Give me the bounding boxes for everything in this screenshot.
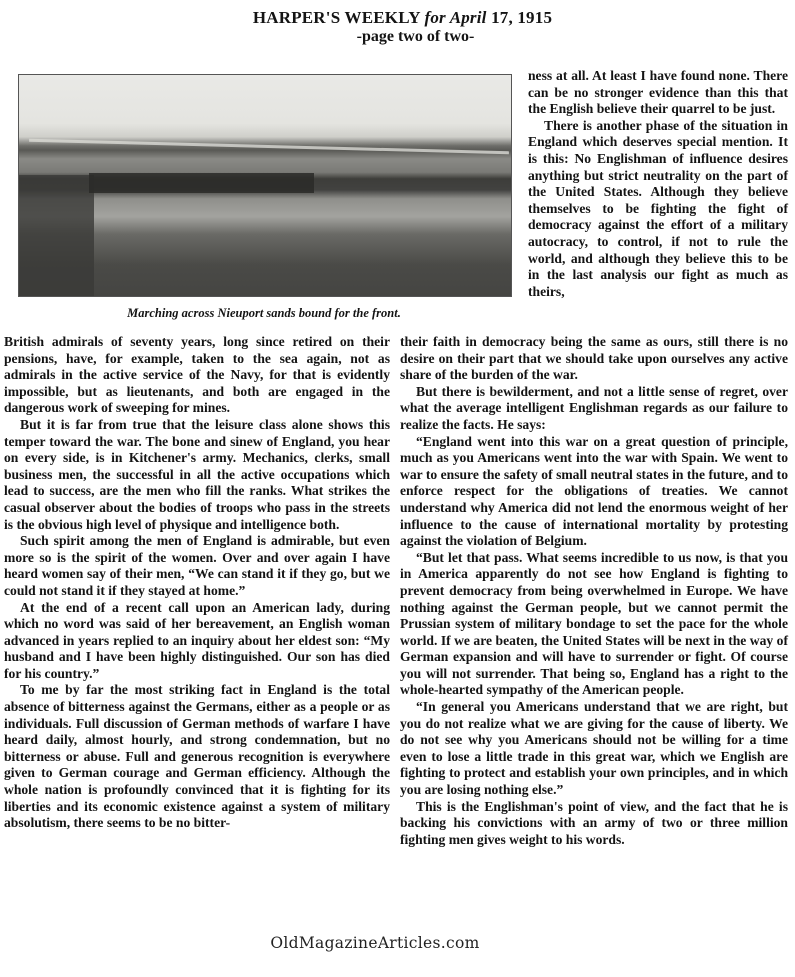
page-subtitle: -page two of two- xyxy=(36,28,795,46)
paragraph: At the end of a recent call upon an Amer… xyxy=(4,600,390,683)
date-rest: 17, 1915 xyxy=(491,8,552,27)
paragraph: their faith in democracy being the same … xyxy=(400,334,788,384)
photo-horizon xyxy=(29,139,509,155)
photo-troops xyxy=(89,173,314,193)
paragraph: British admirals of seventy years, long … xyxy=(4,334,390,417)
right-column: their faith in democracy being the same … xyxy=(400,334,788,848)
paragraph: “In general you Americans understand tha… xyxy=(400,699,788,799)
date-prefix: for April xyxy=(425,8,487,27)
paragraph: But there is bewilderment, and not a lit… xyxy=(400,384,788,434)
paragraph: There is another phase of the situation … xyxy=(528,118,788,301)
publication-title: HARPER'S WEEKLY for April 17, 1915 xyxy=(10,8,795,28)
left-column: British admirals of seventy years, long … xyxy=(4,334,390,832)
paragraph: ness at all. At least I have found none.… xyxy=(528,68,788,118)
photo-shadow xyxy=(19,175,94,296)
paragraph: To me by far the most striking fact in E… xyxy=(4,682,390,831)
paragraph: But it is far from true that the leisure… xyxy=(4,417,390,533)
right-column-top: ness at all. At least I have found none.… xyxy=(528,68,788,300)
site-watermark: OldMagazineArticles.com xyxy=(0,934,750,952)
photo-caption: Marching across Nieuport sands bound for… xyxy=(18,305,510,321)
paragraph: “England went into this war on a great q… xyxy=(400,434,788,550)
paragraph: Such spirit among the men of England is … xyxy=(4,533,390,599)
page-header: HARPER'S WEEKLY for April 17, 1915 -page… xyxy=(0,8,795,46)
paragraph: “But let that pass. What seems incredibl… xyxy=(400,550,788,699)
marching-troops-photo xyxy=(18,74,512,297)
publication-name: HARPER'S WEEKLY xyxy=(253,8,420,27)
paragraph: This is the Englishman's point of view, … xyxy=(400,799,788,849)
